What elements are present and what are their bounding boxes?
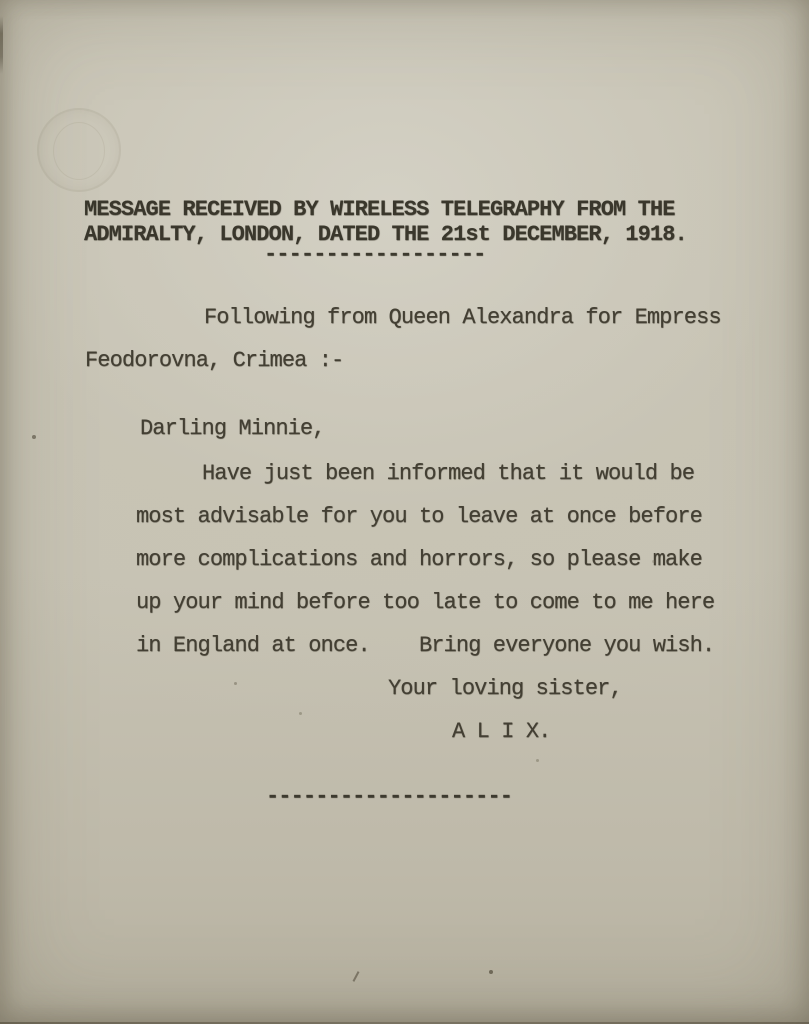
header-underline-rule: ------------------ (264, 242, 485, 268)
body-line-5: in England at once. Bring everyone you w… (136, 633, 714, 659)
scan-edge-left (0, 16, 3, 74)
embossed-watermark-seal (37, 108, 121, 192)
embossed-watermark-inner-ring (53, 122, 105, 180)
closing: Your loving sister, (388, 676, 622, 702)
paper-speck (32, 435, 36, 439)
body-line-2: most advisable for you to leave at once … (136, 504, 702, 530)
body-line-3: more complications and horrors, so pleas… (136, 547, 702, 573)
paper-scratch-mark (353, 971, 360, 982)
body-line-1: Have just been informed that it would be (202, 461, 694, 487)
signature: A L I X. (452, 719, 550, 745)
routing-line-1: Following from Queen Alexandra for Empre… (204, 305, 721, 331)
paper-speck (299, 712, 302, 715)
footer-rule: -------------------- (266, 784, 512, 810)
document-header: MESSAGE RECEIVED BY WIRELESS TELEGRAPHY … (84, 198, 687, 247)
telegram-document-page: MESSAGE RECEIVED BY WIRELESS TELEGRAPHY … (0, 0, 809, 1024)
paper-speck (234, 682, 237, 685)
salutation: Darling Minnie, (140, 416, 325, 442)
paper-speck (489, 970, 493, 974)
routing-line-2: Feodorovna, Crimea :- (85, 348, 343, 374)
body-line-4: up your mind before too late to come to … (136, 590, 714, 616)
paper-speck (536, 759, 539, 762)
header-line-1: MESSAGE RECEIVED BY WIRELESS TELEGRAPHY … (84, 197, 675, 222)
